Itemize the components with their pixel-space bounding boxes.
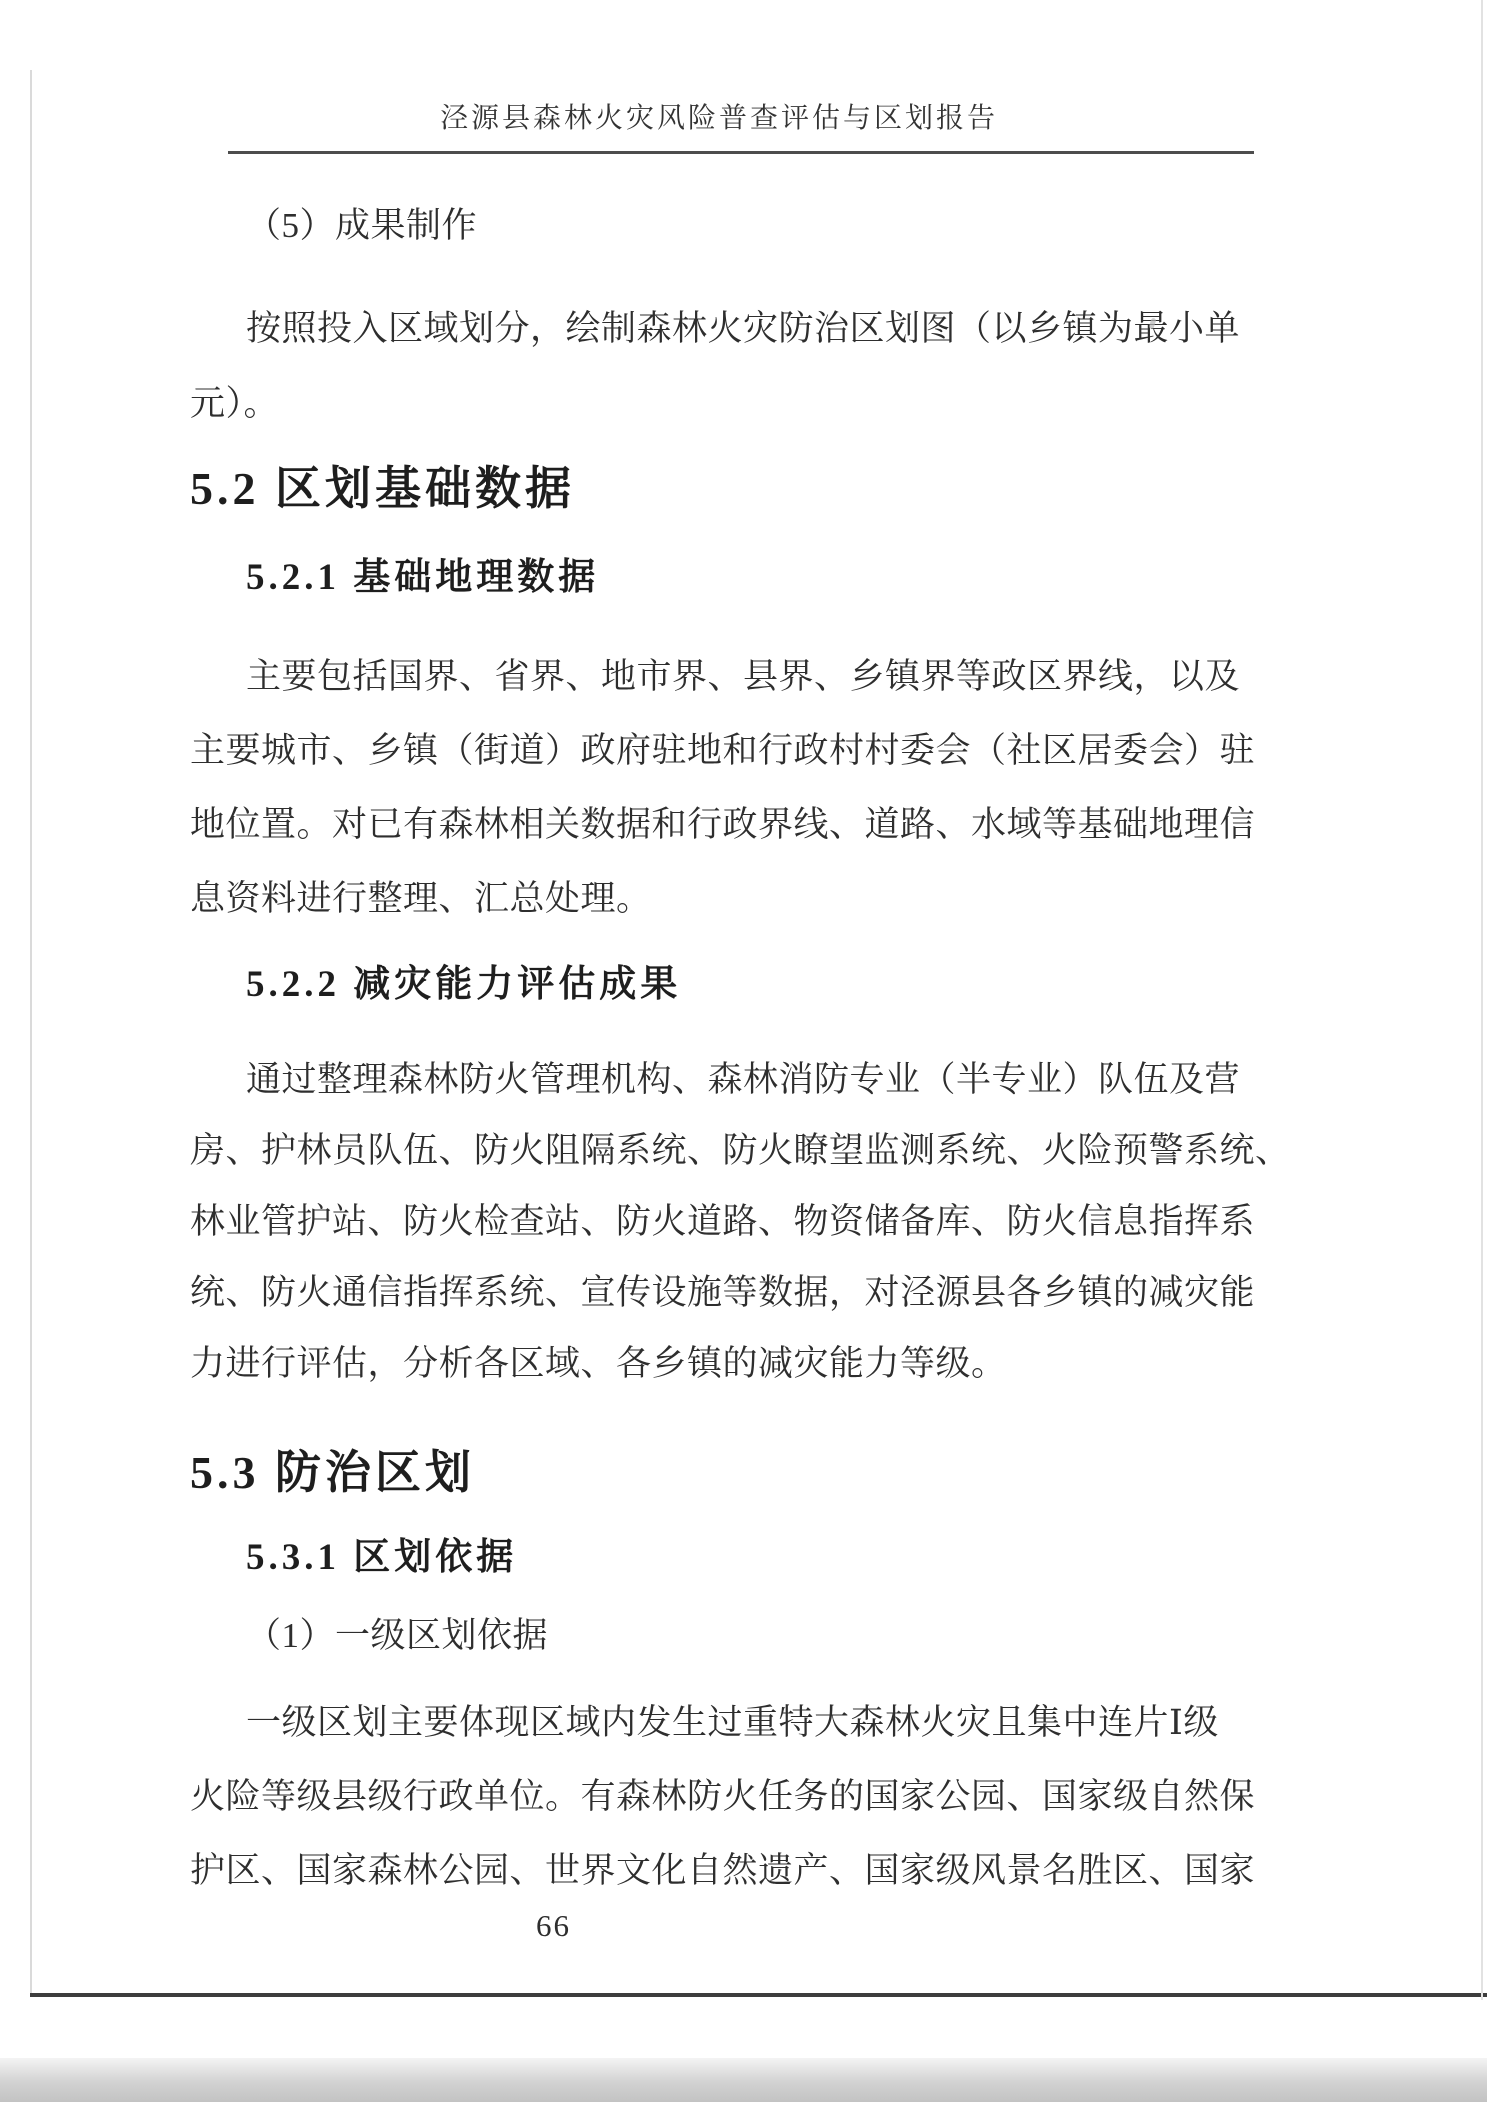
scan-edge-left-line xyxy=(30,70,32,1993)
text-line: 通过整理森林防火管理机构、森林消防专业（半专业）队伍及营 xyxy=(190,1044,1248,1115)
section-heading-5-3-1: 5.3.1 区划依据 xyxy=(190,1526,1304,1580)
scan-bottom-border-line xyxy=(30,1993,1487,1997)
text-line: 护区、国家森林公园、世界文化自然遗产、国家级风景名胜区、国家 xyxy=(190,1834,1248,1908)
text-line: 统、防火通信指挥系统、宣传设施等数据，对泾源县各乡镇的减灾能 xyxy=(190,1257,1248,1328)
text-line: 元）。 xyxy=(190,366,1248,441)
section-heading-5-3: 5.3 防治区划 xyxy=(190,1436,1248,1502)
list-item-5-title: （5）成果制作 xyxy=(190,202,1248,250)
running-header-title: 泾源县森林火灾风险普查评估与区划报告 xyxy=(190,96,1248,136)
section-heading-5-2-1: 5.2.1 基础地理数据 xyxy=(190,546,1304,600)
text-line: 房、护林员队伍、防火阻隔系统、防火瞭望监测系统、火险预警系统、 xyxy=(190,1115,1248,1186)
text-line: 息资料进行整理、汇总处理。 xyxy=(190,862,1248,936)
text-line: 一级区划主要体现区域内发生过重特大森林火灾且集中连片Ⅰ级 xyxy=(190,1686,1248,1760)
text-line: 主要包括国界、省界、地市界、县界、乡镇界等政区界线，以及 xyxy=(190,640,1248,714)
header-divider-line xyxy=(228,151,1254,154)
scan-edge-right-line xyxy=(1481,0,1483,2000)
text-line: 主要城市、乡镇（街道）政府驻地和行政村村委会（社区居委会）驻 xyxy=(190,714,1248,788)
list-item-1-title: （1）一级区划依据 xyxy=(190,1612,1248,1660)
text-line: 林业管护站、防火检查站、防火道路、物资储备库、防火信息指挥系 xyxy=(190,1186,1248,1257)
document-page: 泾源县森林火灾风险普查评估与区划报告 （5）成果制作 按照投入区域划分，绘制森林… xyxy=(0,0,1487,2102)
page-number: 66 xyxy=(536,1908,571,1944)
section-heading-5-2-2: 5.2.2 减灾能力评估成果 xyxy=(190,953,1304,1007)
paragraph-level1-zoning-basis: 一级区划主要体现区域内发生过重特大森林火灾且集中连片Ⅰ级 火险等级县级行政单位。… xyxy=(190,1686,1248,1908)
text-line: 地位置。对已有森林相关数据和行政界线、道路、水域等基础地理信 xyxy=(190,788,1248,862)
text-line: 力进行评估，分析各区域、各乡镇的减灾能力等级。 xyxy=(190,1328,1248,1399)
paragraph-mitigation-capacity: 通过整理森林防火管理机构、森林消防专业（半专业）队伍及营 房、护林员队伍、防火阻… xyxy=(190,1044,1248,1399)
paragraph-result-production: 按照投入区域划分，绘制森林火灾防治区划图（以乡镇为最小单 元）。 xyxy=(190,291,1248,441)
text-line: 火险等级县级行政单位。有森林防火任务的国家公园、国家级自然保 xyxy=(190,1760,1248,1834)
paragraph-basic-geographic-data: 主要包括国界、省界、地市界、县界、乡镇界等政区界线，以及 主要城市、乡镇（街道）… xyxy=(190,640,1248,936)
section-heading-5-2: 5.2 区划基础数据 xyxy=(190,452,1248,518)
scan-bottom-gray-band xyxy=(0,2058,1487,2102)
text-line: 按照投入区域划分，绘制森林火灾防治区划图（以乡镇为最小单 xyxy=(190,291,1248,366)
